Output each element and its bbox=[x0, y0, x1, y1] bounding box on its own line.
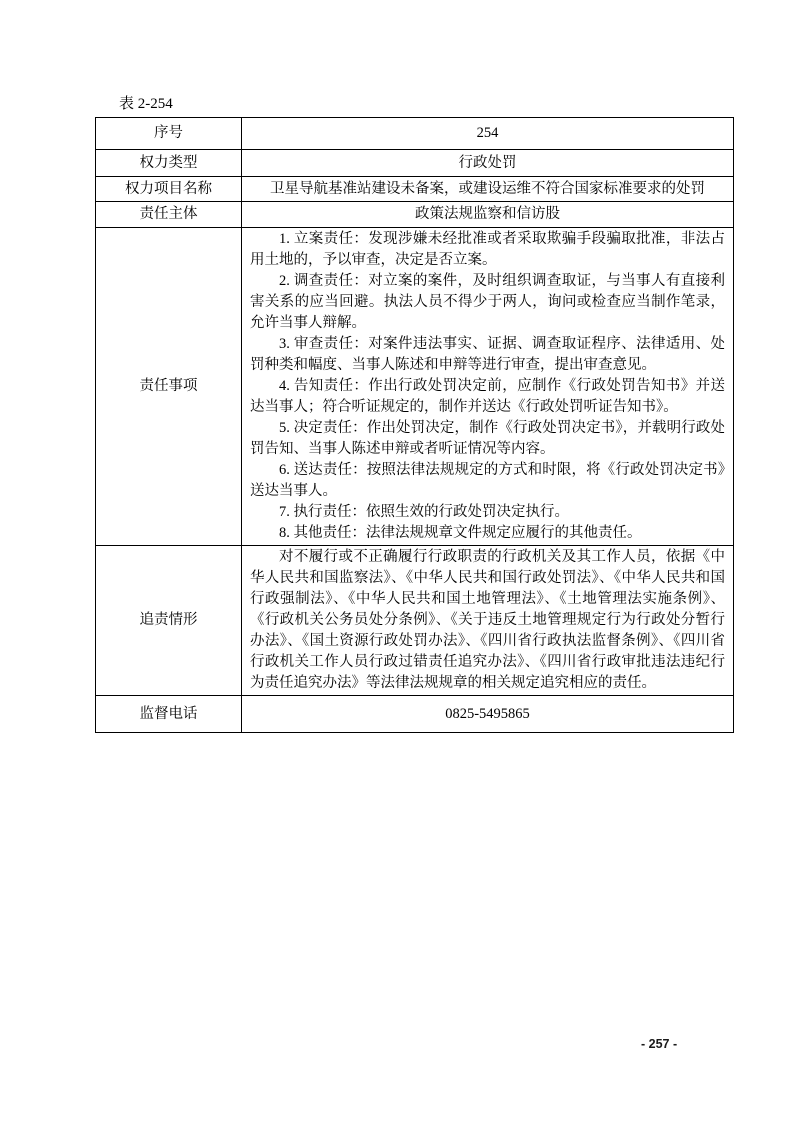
duty-items-cell: 1. 立案责任：发现涉嫌未经批准或者采取欺骗手段骗取批准，非法占用土地的，予以审… bbox=[242, 228, 734, 546]
power-type-value: 行政处罚 bbox=[242, 150, 734, 177]
row-label-supervision-phone: 监督电话 bbox=[96, 696, 242, 733]
duty-item: 7. 执行责任：依照生效的行政处罚决定执行。 bbox=[250, 502, 725, 523]
responsibility-table: 序号 254 权力类型 行政处罚 权力项目名称 卫星导航基准站建设未备案，或建设… bbox=[95, 117, 734, 733]
power-item-name-value: 卫星导航基准站建设未备案，或建设运维不符合国家标准要求的处罚 bbox=[242, 177, 734, 202]
table-row-supervision-phone: 监督电话 0825-5495865 bbox=[96, 696, 734, 733]
duty-item: 2. 调查责任：对立案的案件，及时组织调查取证，与当事人有直接利害关系的应当回避… bbox=[250, 271, 725, 334]
document-page: 表 2-254 序号 254 权力类型 行政处罚 权力项目名称 卫星导航基准站建… bbox=[0, 0, 793, 1122]
duty-item: 3. 审查责任：对案件违法事实、证据、调查取证程序、法律适用、处罚种类和幅度、当… bbox=[250, 334, 725, 376]
duty-item: 6. 送达责任：按照法律法规规定的方式和时限，将《行政处罚决定书》送达当事人。 bbox=[250, 460, 725, 502]
row-label-duty-items: 责任事项 bbox=[96, 228, 242, 546]
table-row-responsible-subject: 责任主体 政策法规监察和信访股 bbox=[96, 202, 734, 228]
table-row-accountability: 追责情形 对不履行或不正确履行行政职责的行政机关及其工作人员，依据《中华人民共和… bbox=[96, 546, 734, 696]
table-row-power-item-name: 权力项目名称 卫星导航基准站建设未备案，或建设运维不符合国家标准要求的处罚 bbox=[96, 177, 734, 202]
accountability-text: 对不履行或不正确履行行政职责的行政机关及其工作人员，依据《中华人民共和国监察法》… bbox=[250, 547, 725, 694]
serial-number-value: 254 bbox=[242, 118, 734, 150]
responsible-subject-value: 政策法规监察和信访股 bbox=[242, 202, 734, 228]
table-row-duty-items: 责任事项 1. 立案责任：发现涉嫌未经批准或者采取欺骗手段骗取批准，非法占用土地… bbox=[96, 228, 734, 546]
row-label-serial-number: 序号 bbox=[96, 118, 242, 150]
page-number: - 257 - bbox=[641, 1037, 677, 1051]
table-row-power-type: 权力类型 行政处罚 bbox=[96, 150, 734, 177]
duty-item: 1. 立案责任：发现涉嫌未经批准或者采取欺骗手段骗取批准，非法占用土地的，予以审… bbox=[250, 229, 725, 271]
row-label-power-type: 权力类型 bbox=[96, 150, 242, 177]
duty-item: 4. 告知责任：作出行政处罚决定前，应制作《行政处罚告知书》并送达当事人；符合听… bbox=[250, 376, 725, 418]
duty-item: 8. 其他责任：法律法规规章文件规定应履行的其他责任。 bbox=[250, 523, 725, 544]
table-row-serial-number: 序号 254 bbox=[96, 118, 734, 150]
accountability-cell: 对不履行或不正确履行行政职责的行政机关及其工作人员，依据《中华人民共和国监察法》… bbox=[242, 546, 734, 696]
duty-item: 5. 决定责任：作出处罚决定，制作《行政处罚决定书》，并载明行政处罚告知、当事人… bbox=[250, 418, 725, 460]
row-label-power-item-name: 权力项目名称 bbox=[96, 177, 242, 202]
supervision-phone-value: 0825-5495865 bbox=[242, 696, 734, 733]
row-label-accountability: 追责情形 bbox=[96, 546, 242, 696]
table-caption: 表 2-254 bbox=[119, 95, 173, 113]
row-label-responsible-subject: 责任主体 bbox=[96, 202, 242, 228]
